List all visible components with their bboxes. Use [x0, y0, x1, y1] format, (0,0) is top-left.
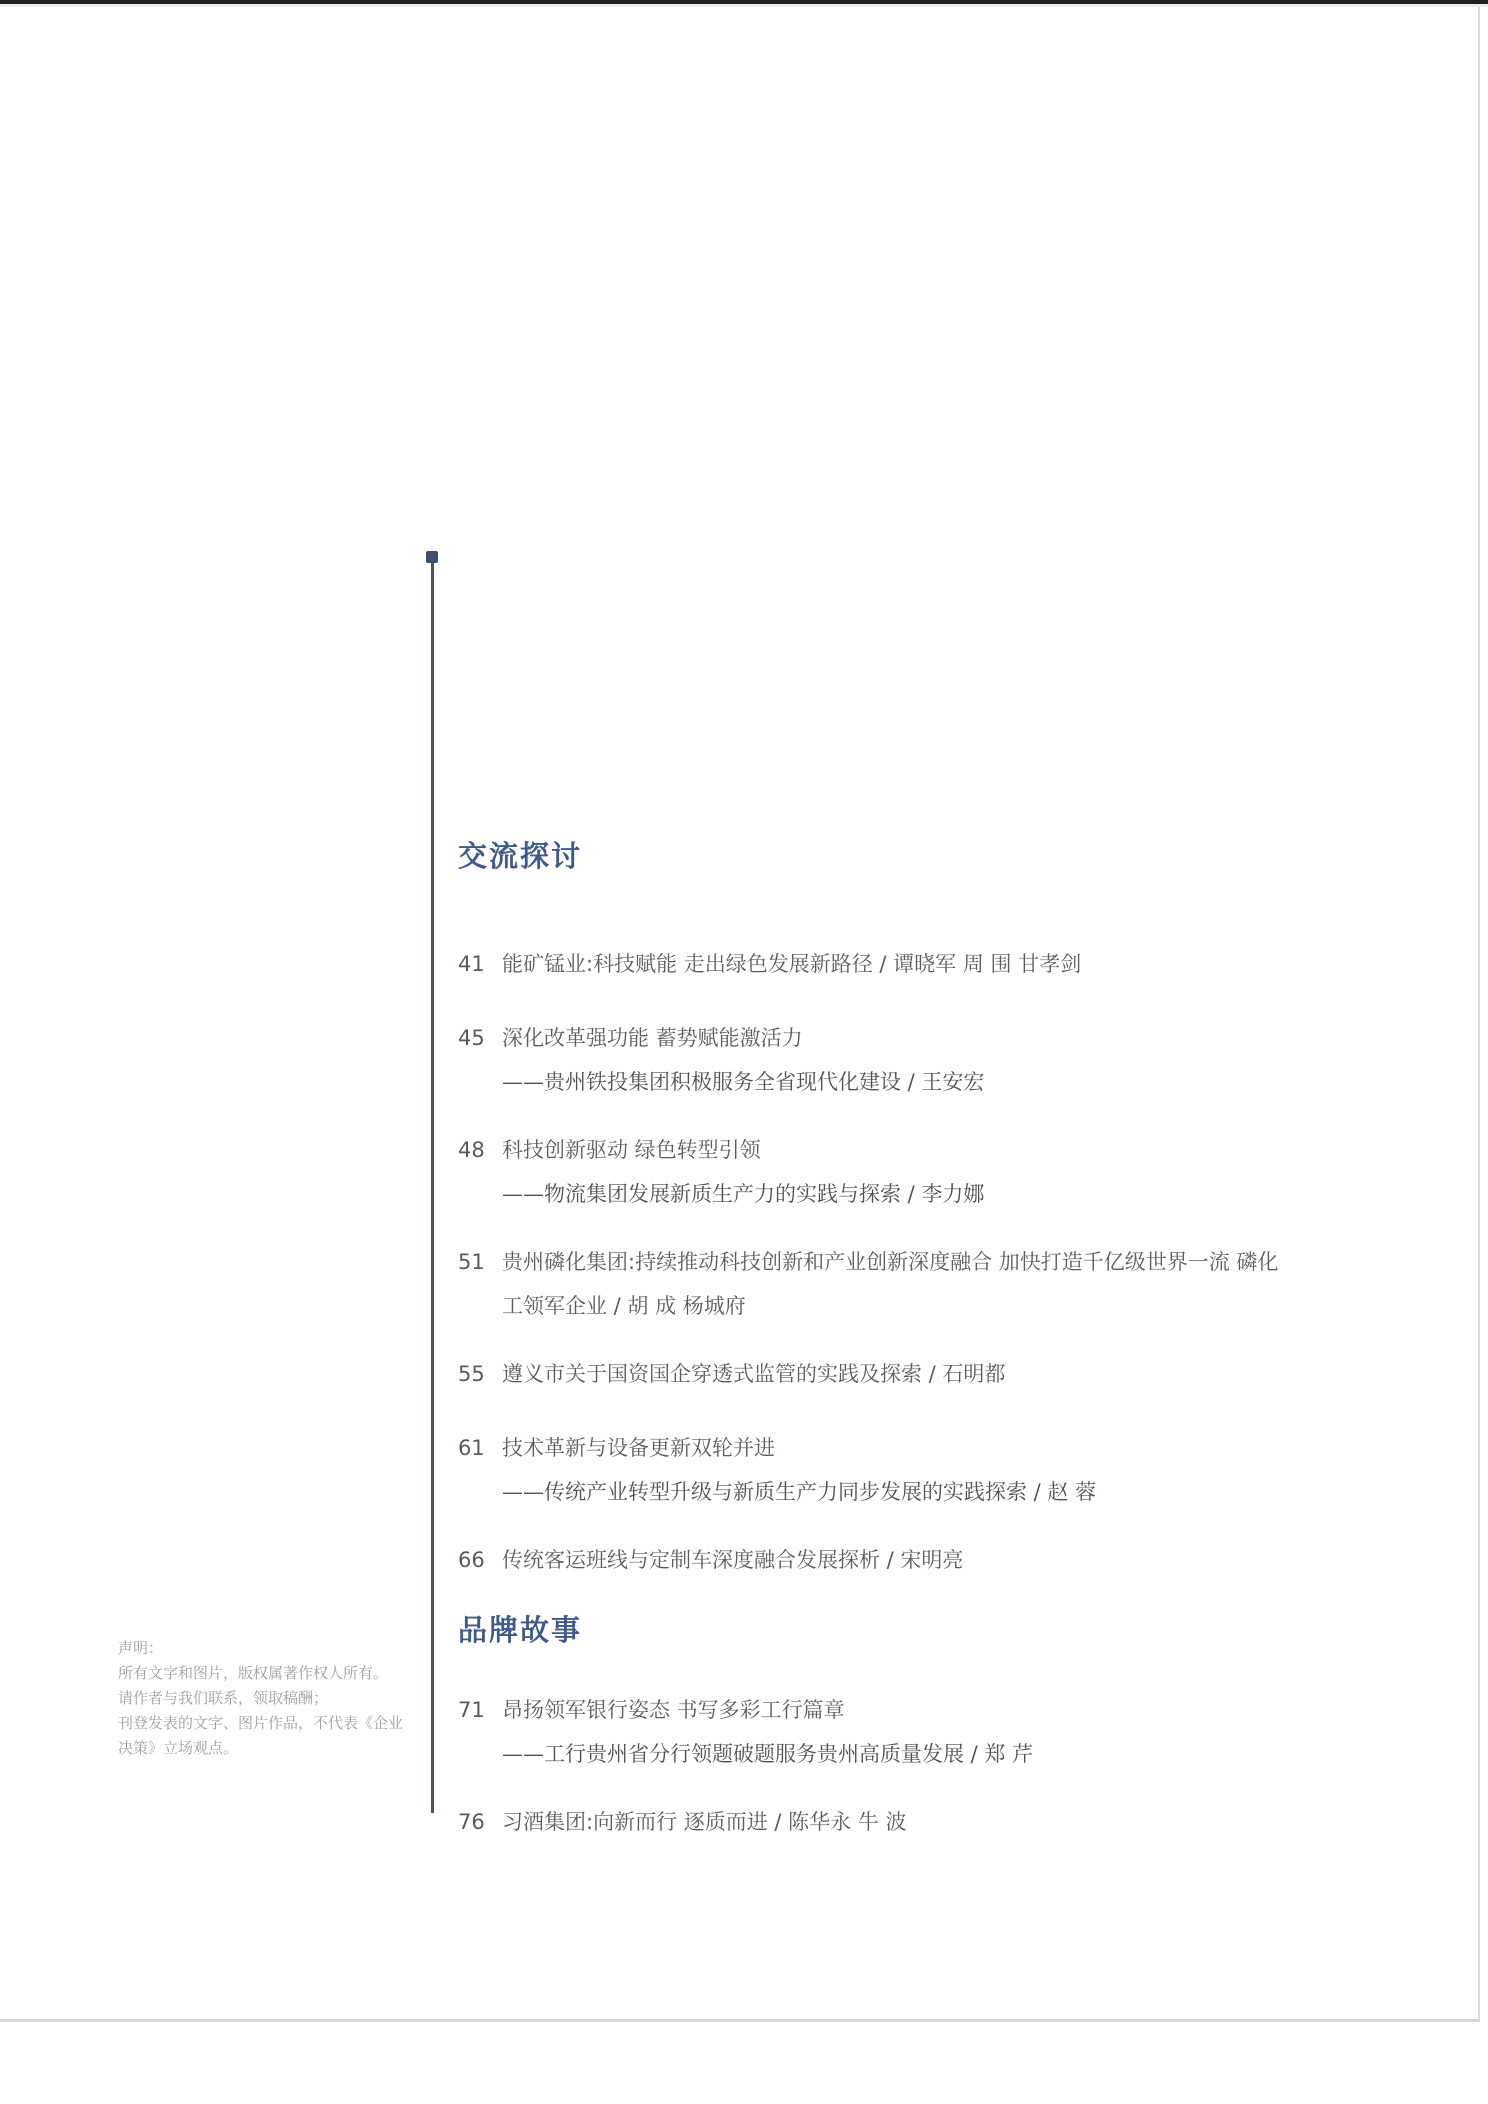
page-number: 45 — [458, 1016, 502, 1060]
page-number: 51 — [458, 1240, 502, 1284]
page-bottom-edge — [0, 2019, 1480, 2022]
toc-entry: 48 科技创新驱动 绿色转型引领 ——物流集团发展新质生产力的实践与探索 / 李… — [458, 1128, 1318, 1216]
entry-subtitle: ——物流集团发展新质生产力的实践与探索 / 李力娜 — [502, 1172, 1284, 1216]
entry-title: 昂扬领军银行姿态 书写多彩工行篇章 — [502, 1688, 1284, 1732]
copyright-disclaimer: 声明： 所有文字和图片，版权属著作权人所有。 请作者与我们联系，领取稿酬； 刊登… — [118, 1636, 430, 1761]
page-number: 76 — [458, 1800, 502, 1844]
page-number: 48 — [458, 1128, 502, 1172]
page-number: 66 — [458, 1538, 502, 1582]
magazine-toc-page: 交流探讨 41 能矿锰业:科技赋能 走出绿色发展新路径 / 谭晓军 周 围 甘孝… — [0, 0, 1488, 2104]
section-heading-exchange: 交流探讨 — [458, 838, 1318, 874]
page-number: 41 — [458, 942, 502, 986]
entry-subtitle: ——传统产业转型升级与新质生产力同步发展的实践探索 / 赵 蓉 — [502, 1470, 1284, 1514]
entry-subtitle: ——贵州铁投集团积极服务全省现代化建设 / 王安宏 — [502, 1060, 1284, 1104]
entry-title: 深化改革强功能 蓄势赋能激活力 — [502, 1016, 1284, 1060]
page-top-edge-shadow — [0, 4, 1488, 7]
page-number: 61 — [458, 1426, 502, 1470]
page-number: 55 — [458, 1352, 502, 1396]
toc-entry: 71 昂扬领军银行姿态 书写多彩工行篇章 ——工行贵州省分行领题破题服务贵州高质… — [458, 1688, 1318, 1776]
toc-entry: 61 技术革新与设备更新双轮并进 ——传统产业转型升级与新质生产力同步发展的实践… — [458, 1426, 1318, 1514]
toc-entry: 55 遵义市关于国资国企穿透式监管的实践及探索 / 石明都 — [458, 1352, 1318, 1396]
disclaimer-line: 请作者与我们联系，领取稿酬； — [118, 1686, 430, 1711]
section-heading-brand-story: 品牌故事 — [458, 1612, 1318, 1648]
disclaimer-line: 声明： — [118, 1636, 430, 1661]
entry-title: 贵州磷化集团:持续推动科技创新和产业创新深度融合 加快打造千亿级世界一流 磷化工… — [502, 1240, 1284, 1328]
timeline-dot — [426, 551, 438, 563]
vertical-rule — [431, 563, 434, 1813]
disclaimer-line: 所有文字和图片，版权属著作权人所有。 — [118, 1661, 430, 1686]
page-right-edge — [1478, 7, 1480, 2021]
toc-entry: 45 深化改革强功能 蓄势赋能激活力 ——贵州铁投集团积极服务全省现代化建设 /… — [458, 1016, 1318, 1104]
entry-title: 科技创新驱动 绿色转型引领 — [502, 1128, 1284, 1172]
entry-subtitle: ——工行贵州省分行领题破题服务贵州高质量发展 / 郑 芹 — [502, 1732, 1284, 1776]
toc-entry: 41 能矿锰业:科技赋能 走出绿色发展新路径 / 谭晓军 周 围 甘孝剑 — [458, 942, 1318, 986]
disclaimer-line: 刊登发表的文字、图片作品，不代表《企业 — [118, 1711, 430, 1736]
entry-title: 传统客运班线与定制车深度融合发展探析 / 宋明亮 — [502, 1538, 1284, 1582]
entry-title: 能矿锰业:科技赋能 走出绿色发展新路径 / 谭晓军 周 围 甘孝剑 — [502, 942, 1284, 986]
toc-entry: 51 贵州磷化集团:持续推动科技创新和产业创新深度融合 加快打造千亿级世界一流 … — [458, 1240, 1318, 1328]
toc-entry: 76 习酒集团:向新而行 逐质而进 / 陈华永 牛 波 — [458, 1800, 1318, 1844]
entry-title: 遵义市关于国资国企穿透式监管的实践及探索 / 石明都 — [502, 1352, 1284, 1396]
toc-entry: 66 传统客运班线与定制车深度融合发展探析 / 宋明亮 — [458, 1538, 1318, 1582]
page-number: 71 — [458, 1688, 502, 1732]
disclaimer-line: 决策》立场观点。 — [118, 1736, 430, 1761]
entry-title: 习酒集团:向新而行 逐质而进 / 陈华永 牛 波 — [502, 1800, 1284, 1844]
entry-title: 技术革新与设备更新双轮并进 — [502, 1426, 1284, 1470]
table-of-contents: 交流探讨 41 能矿锰业:科技赋能 走出绿色发展新路径 / 谭晓军 周 围 甘孝… — [458, 838, 1318, 1874]
